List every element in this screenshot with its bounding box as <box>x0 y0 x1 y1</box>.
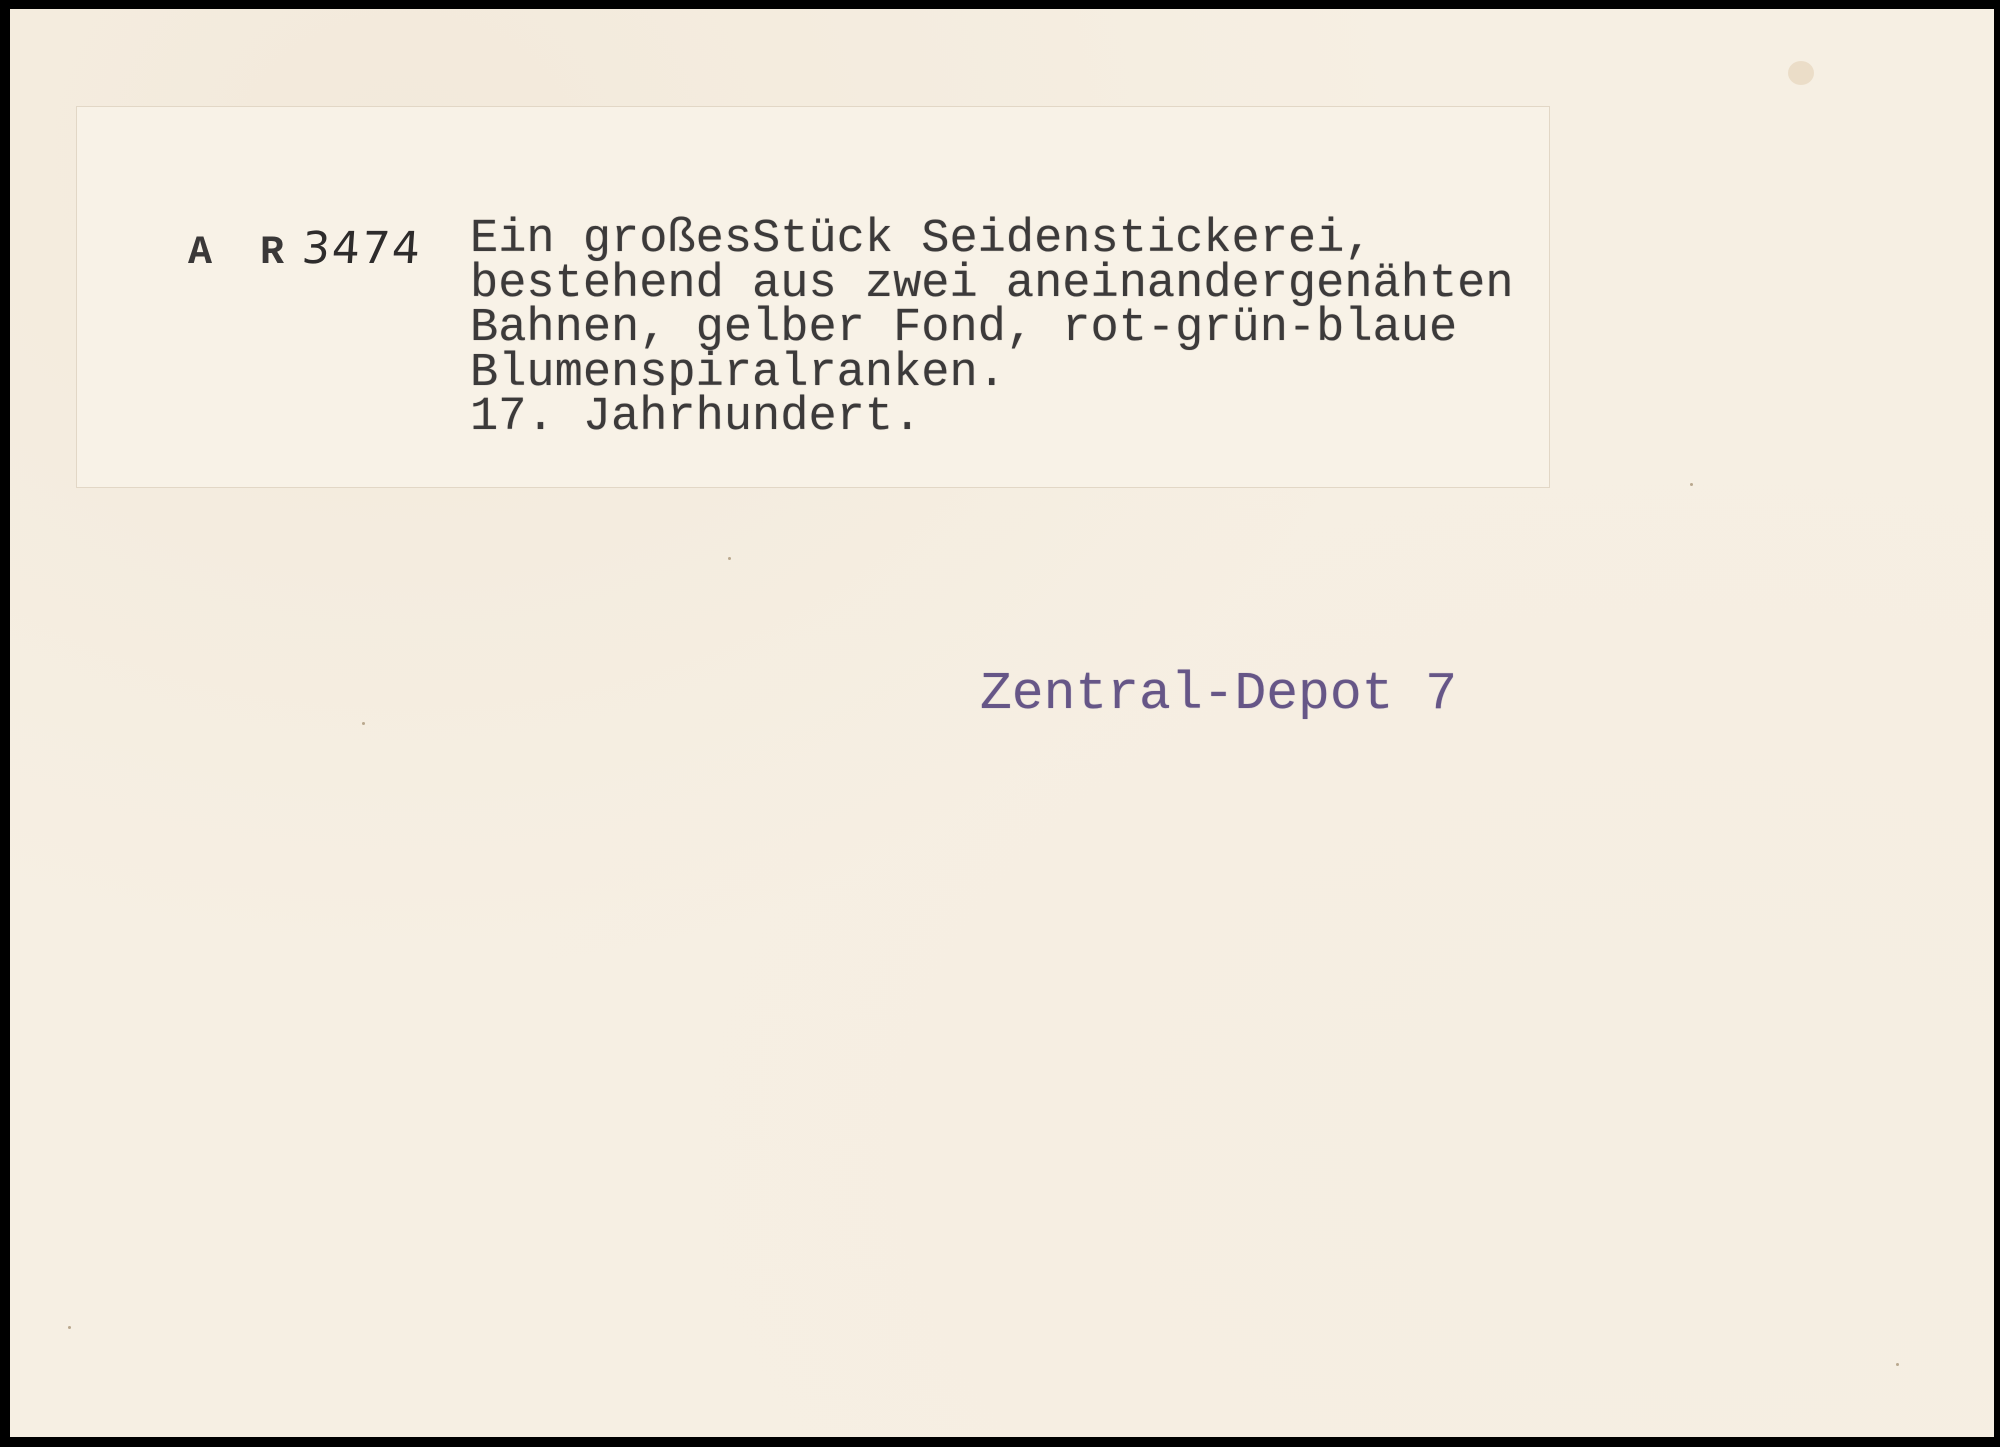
paper-speck <box>68 1326 71 1329</box>
inventory-prefix: A R <box>188 229 296 279</box>
description-line: Ein großesStück Seidenstickerei, <box>470 218 1514 263</box>
description-line: Blumenspiralranken. <box>470 352 1514 397</box>
description-line: Bahnen, gelber Fond, rot-grün-blaue <box>470 307 1514 352</box>
paper-speck <box>1690 483 1693 486</box>
object-description: Ein großesStück Seidenstickerei, bestehe… <box>470 218 1514 441</box>
handwritten-inventory-number: 3474 <box>300 224 423 274</box>
paper-speck <box>728 557 731 560</box>
inventory-number: A R 3474 <box>188 224 422 274</box>
depot-stamp: Zentral-Depot 7 <box>980 664 1457 724</box>
description-line: 17. Jahrhundert. <box>470 396 1514 441</box>
paper-speck <box>362 722 365 725</box>
paper-stain <box>1788 61 1814 85</box>
description-line: bestehend aus zwei aneinandergenähten <box>470 263 1514 308</box>
paper-speck <box>1896 1363 1899 1366</box>
